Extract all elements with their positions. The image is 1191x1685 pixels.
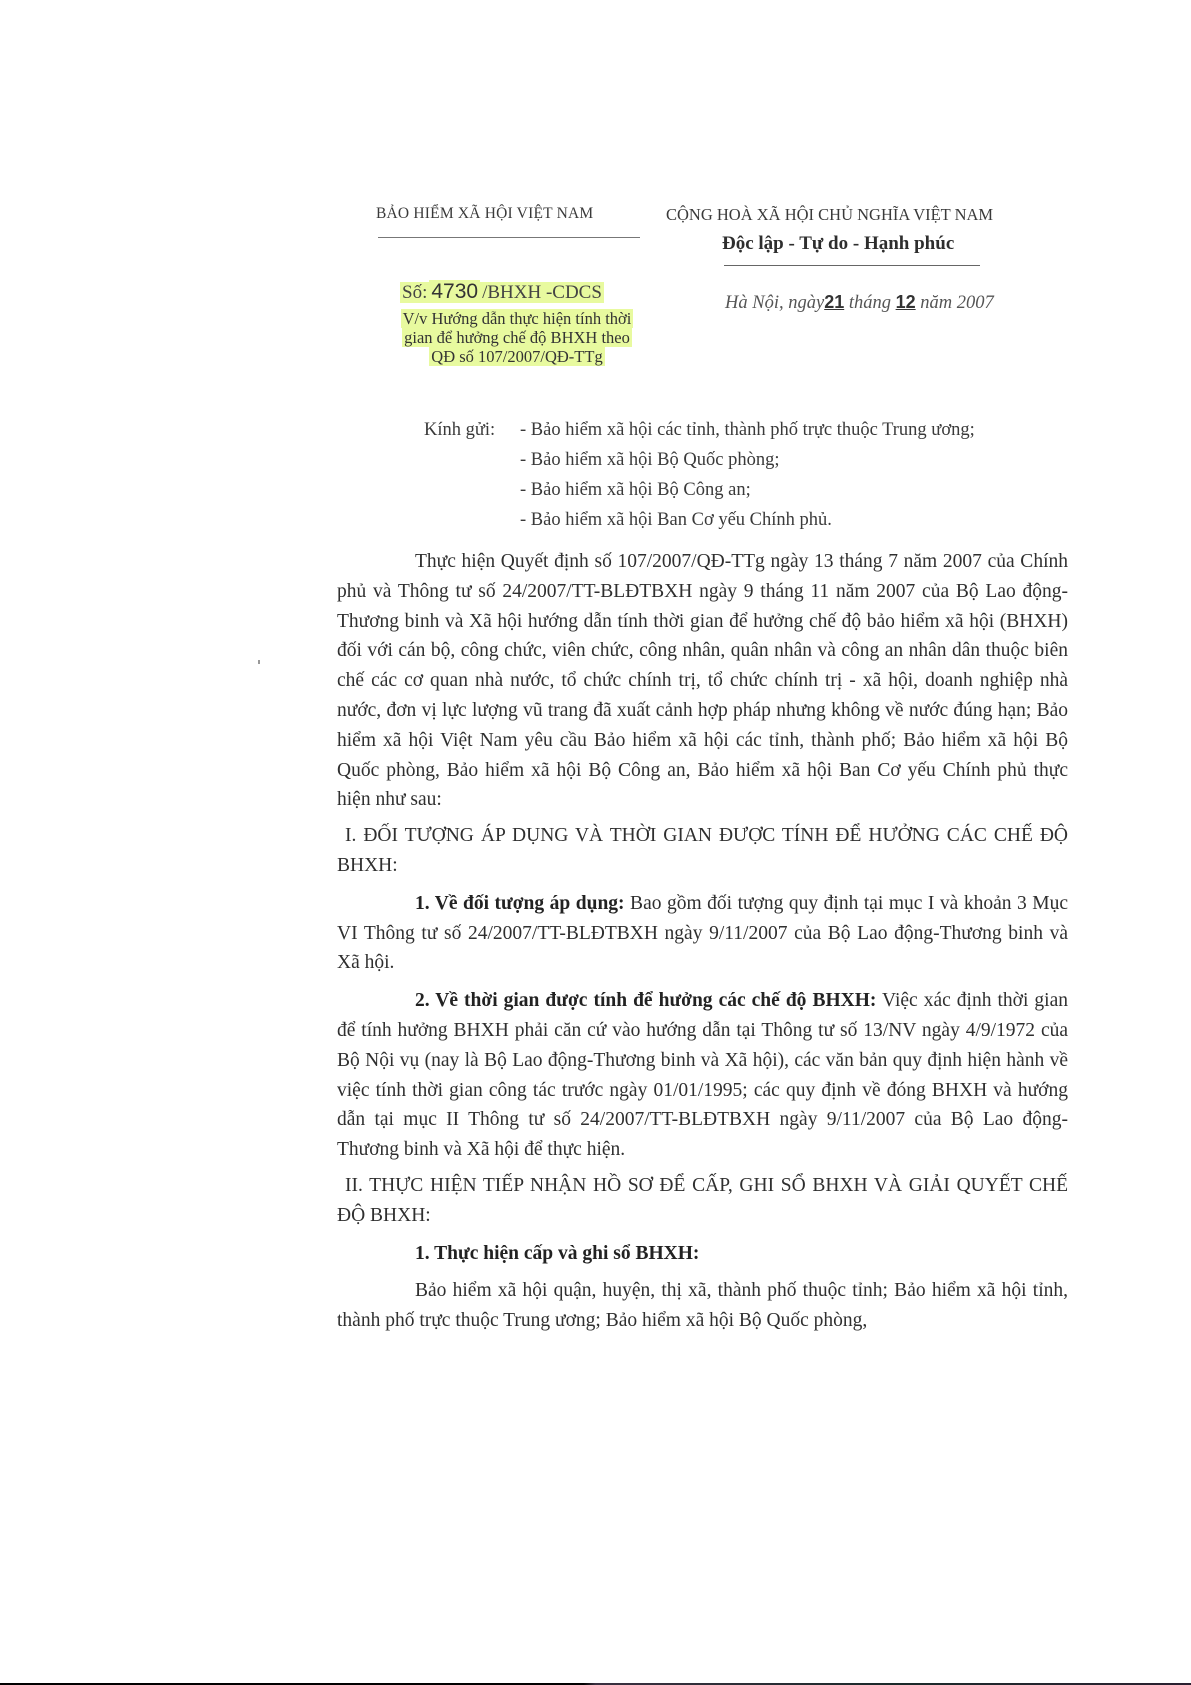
doc-number-suffix: /BHXH -CDCS <box>480 282 604 303</box>
recipients-label: Kính gửi: <box>424 420 520 441</box>
date-day: 21 <box>824 292 844 312</box>
item-2-title: 2. Về thời gian được tính để hưởng các c… <box>415 990 876 1011</box>
recipient-item: - Bảo hiểm xã hội các tỉnh, thành phố tr… <box>520 420 975 440</box>
subject-line: gian để hưởng chế độ BHXH theo <box>402 328 632 347</box>
doc-number-prefix: Số: <box>400 282 429 303</box>
scan-artifact <box>258 660 260 664</box>
date-month: 12 <box>896 292 916 312</box>
subsection-1-paragraph: Bảo hiểm xã hội quận, huyện, thị xã, thà… <box>337 1276 1068 1336</box>
subsection-1-title: 1. Thực hiện cấp và ghi sổ BHXH: <box>337 1239 1068 1269</box>
issuing-organization: BẢO HIỂM XÃ HỘI VIỆT NAM <box>376 205 656 223</box>
item-1-paragraph: 1. Về đối tượng áp dụng: Bao gồm đối tượ… <box>337 889 1068 978</box>
date-prefix: Hà Nội, ngày <box>725 293 824 313</box>
item-2-text: Việc xác định thời gian để tính hưởng BH… <box>337 990 1068 1160</box>
date-line: Hà Nội, ngày21 tháng 12 năm 2007 <box>725 292 994 314</box>
date-year: năm 2007 <box>916 293 994 313</box>
document-number: Số:4730/BHXH -CDCS <box>400 280 604 304</box>
recipient-item: - Bảo hiểm xã hội Bộ Quốc phòng; <box>520 450 779 470</box>
date-month-label: tháng <box>844 293 895 313</box>
national-motto: Độc lập - Tự do - Hạnh phúc <box>722 233 954 255</box>
section-heading-1: I. ĐỐI TƯỢNG ÁP DỤNG VÀ THỜI GIAN ĐƯỢC T… <box>337 821 1068 881</box>
item-2-paragraph: 2. Về thời gian được tính để hưởng các c… <box>337 986 1068 1165</box>
item-1-title: 1. Về đối tượng áp dụng: <box>415 893 625 914</box>
document-subject: V/v Hướng dẫn thực hiện tính thời gian đ… <box>372 309 662 366</box>
document-page: BẢO HIỂM XÃ HỘI VIỆT NAM Số:4730/BHXH -C… <box>0 0 1191 1685</box>
recipients-block: Kính gửi:- Bảo hiểm xã hội các tỉnh, thà… <box>424 420 975 540</box>
recipient-item: - Bảo hiểm xã hội Bộ Công an; <box>520 480 751 500</box>
subject-line: V/v Hướng dẫn thực hiện tính thời <box>401 309 634 328</box>
org-underline <box>378 237 640 238</box>
recipient-item: - Bảo hiểm xã hội Ban Cơ yếu Chính phủ. <box>520 510 832 530</box>
doc-number-value: 4730 <box>429 280 480 303</box>
subsection-1-title-text: 1. Thực hiện cấp và ghi sổ BHXH: <box>415 1243 699 1264</box>
subject-line: QĐ số 107/2007/QĐ-TTg <box>429 347 604 366</box>
document-body: Thực hiện Quyết định số 107/2007/QĐ-TTg … <box>337 547 1068 1336</box>
intro-paragraph: Thực hiện Quyết định số 107/2007/QĐ-TTg … <box>337 547 1068 815</box>
motto-underline <box>724 265 980 266</box>
national-title: CỘNG HOÀ XÃ HỘI CHỦ NGHĨA VIỆT NAM <box>666 205 993 225</box>
section-heading-2: II. THỰC HIỆN TIẾP NHẬN HỒ SƠ ĐỂ CẤP, GH… <box>337 1171 1068 1231</box>
